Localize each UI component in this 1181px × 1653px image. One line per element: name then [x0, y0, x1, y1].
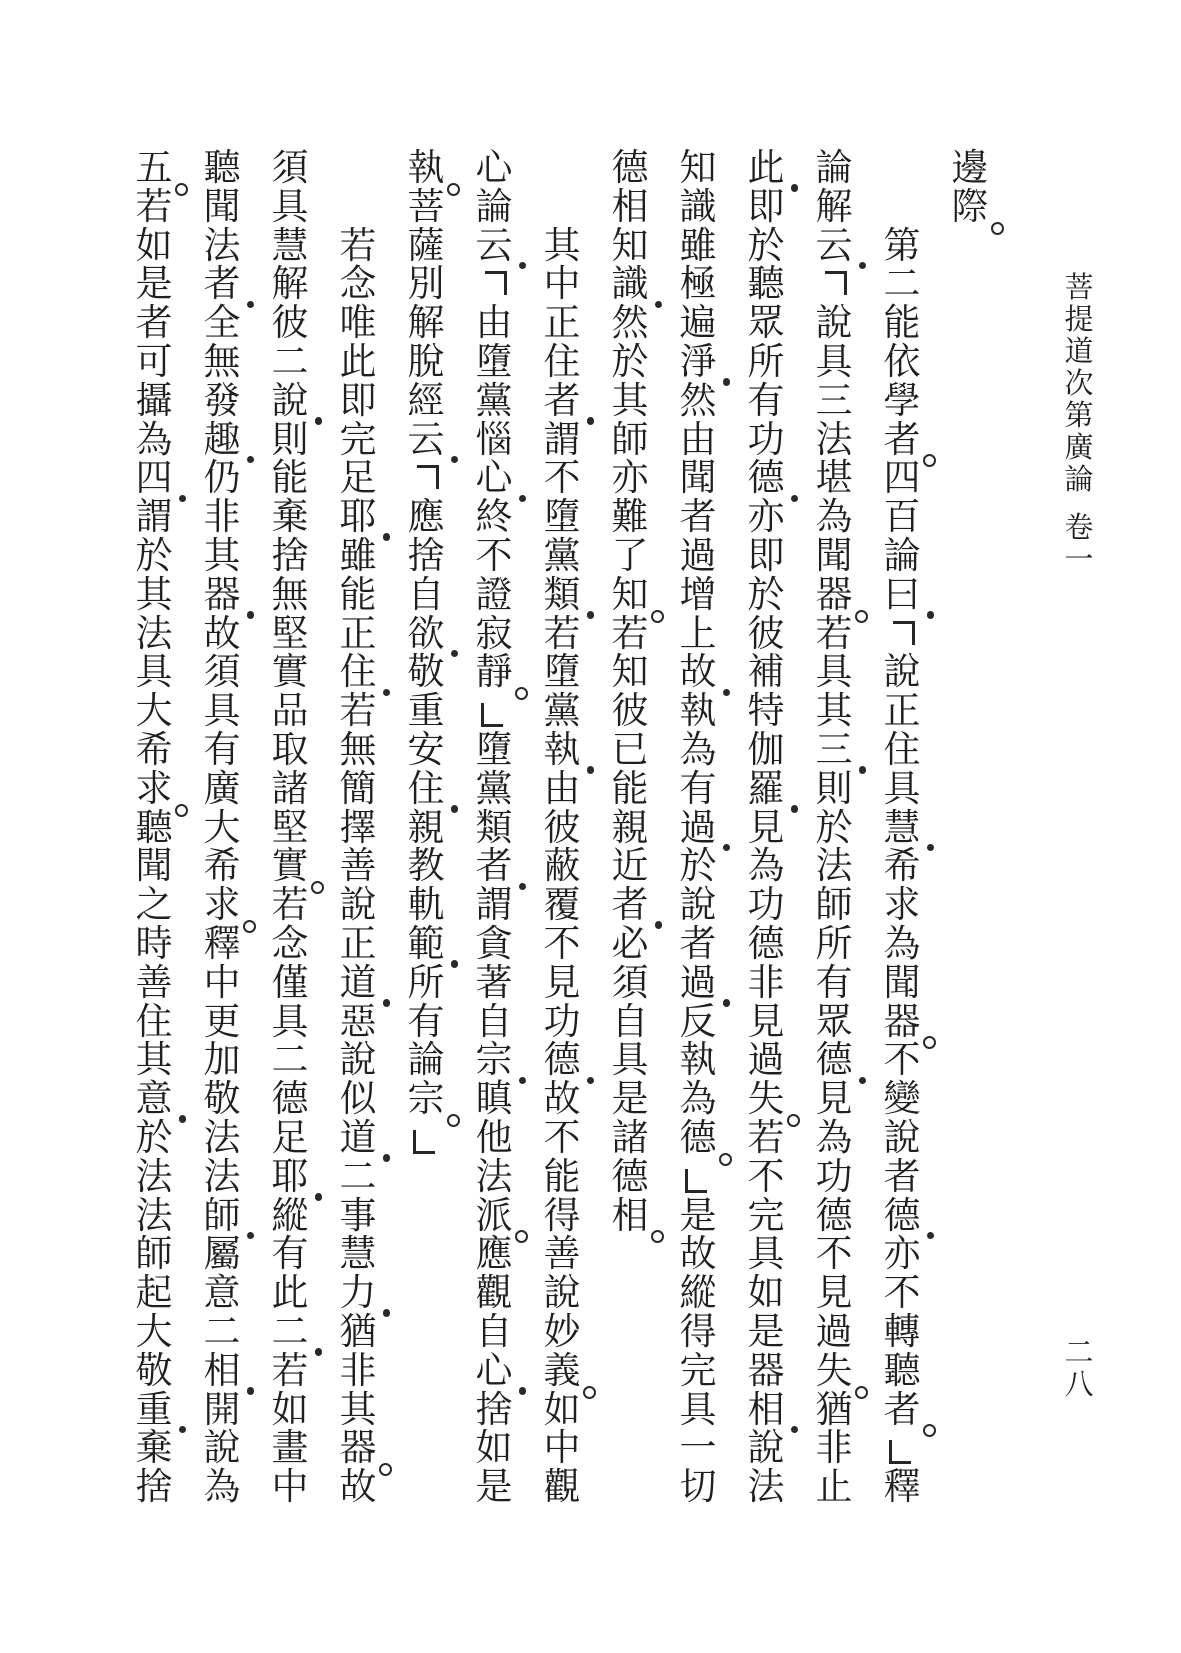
char-cell: 過 [677, 965, 719, 1004]
pause-mark [723, 844, 731, 852]
char-cell: 百 [881, 499, 923, 538]
char-cell: 者 [133, 305, 175, 344]
char-cell: 屬 [201, 1236, 243, 1275]
text-column-10: 若念唯此即完足耶雖能正住若無簡擇善說正道惡說似道二事慧力猶非其器故 [337, 150, 379, 1508]
full-stop-mark [583, 1386, 596, 1399]
char-cell: 善 [337, 848, 379, 887]
char-cell: 變 [881, 1081, 923, 1120]
char-cell: 依 [881, 344, 923, 383]
char-cell: 能 [609, 771, 651, 810]
char-cell: 上 [677, 616, 719, 655]
char-cell: 者 [473, 848, 515, 887]
char-cell: 者 [201, 266, 243, 305]
full-stop-mark [447, 183, 460, 196]
char-cell: 不 [541, 926, 583, 965]
char-cell: 師 [813, 887, 855, 926]
char-cell: 過 [813, 1314, 855, 1353]
char-cell: 即 [337, 383, 379, 422]
char-cell: 不 [473, 538, 515, 577]
char-cell: 功 [541, 1004, 583, 1043]
char-cell: 論 [881, 538, 923, 577]
text-column-1: 邊際 [949, 150, 991, 1508]
char-cell: 其 [337, 1392, 379, 1431]
indent-space [541, 189, 583, 228]
char-cell: 了 [609, 538, 651, 577]
char-cell: 解 [269, 266, 311, 305]
full-stop-mark [923, 454, 936, 467]
char-cell: 心 [473, 1353, 515, 1392]
char-cell: 其 [813, 693, 855, 732]
pause-mark [383, 999, 391, 1007]
full-stop-mark [923, 1424, 936, 1437]
char-cell: 過 [745, 1042, 787, 1081]
char-cell: 八 [1061, 1369, 1097, 1401]
full-stop-mark [447, 1114, 460, 1127]
char-cell: 第 [1061, 400, 1097, 432]
char-cell: 軌 [405, 887, 447, 926]
char-cell: 事 [337, 1198, 379, 1237]
char-cell: 卷 [1061, 512, 1097, 544]
char-cell: 加 [201, 1042, 243, 1081]
char-cell: 於 [133, 538, 175, 577]
char-cell: 亦 [745, 499, 787, 538]
char-cell: 品 [269, 693, 311, 732]
full-stop-mark [855, 1386, 868, 1399]
char-cell: 聞 [677, 460, 719, 499]
char-cell: 若 [337, 228, 379, 267]
full-stop-mark [515, 687, 528, 700]
char-cell: 者 [677, 499, 719, 538]
quote-open-bracket [881, 616, 923, 655]
char-cell: 說 [881, 654, 923, 693]
char-cell: 則 [813, 771, 855, 810]
full-stop-mark [719, 1153, 732, 1166]
char-cell: 羅 [745, 771, 787, 810]
char-cell: 住 [405, 771, 447, 810]
char-cell: 器 [745, 1353, 787, 1392]
char-cell: 聞 [201, 189, 243, 228]
char-cell: 縱 [269, 1198, 311, 1237]
pause-mark [927, 844, 935, 852]
char-cell: 法 [133, 1159, 175, 1198]
char-cell: 道 [337, 1120, 379, 1159]
book-page: 菩提道次第廣論 卷一 二八 邊際第二能依學者四百論曰說正住具慧希求為聞器不變說者… [0, 0, 1181, 1653]
char-cell: 諸 [269, 771, 311, 810]
char-cell: 邊 [949, 150, 991, 189]
char-cell: 聽 [881, 1353, 923, 1392]
char-cell: 薩 [405, 228, 447, 267]
char-cell: 識 [677, 189, 719, 228]
full-stop-mark [787, 1114, 800, 1127]
char-cell: 有 [201, 732, 243, 771]
char-cell: 相 [745, 1392, 787, 1431]
char-cell: 其 [541, 228, 583, 267]
char-cell: 難 [609, 499, 651, 538]
char-cell: 發 [201, 383, 243, 422]
char-cell: 具 [133, 654, 175, 693]
char-cell: 極 [677, 266, 719, 305]
char-cell: 重 [133, 1392, 175, 1431]
char-cell: 聽 [133, 810, 175, 849]
char-cell: 善 [133, 965, 175, 1004]
char-cell: 若 [813, 616, 855, 655]
pause-mark [791, 495, 799, 503]
char-cell: 慧 [337, 1236, 379, 1275]
char-cell: 僅 [269, 965, 311, 1004]
text-column-9: 執菩薩別解脫經云應捨自欲敬重安住親教軌範所有論宗 [405, 150, 447, 1508]
char-cell: 非 [813, 1430, 855, 1469]
char-cell: 為 [201, 1469, 243, 1508]
char-cell: 於 [133, 1120, 175, 1159]
char-cell: 說 [881, 1120, 923, 1159]
char-cell: 法 [201, 228, 243, 267]
full-stop-mark [855, 610, 868, 623]
char-cell: 說 [269, 383, 311, 422]
char-cell: 希 [133, 732, 175, 771]
char-cell: 故 [677, 1236, 719, 1275]
char-cell: 捨 [405, 538, 447, 577]
pause-mark [179, 495, 187, 503]
char-cell: 敬 [201, 1081, 243, 1120]
char-cell: 捨 [133, 1469, 175, 1508]
char-cell: 念 [269, 926, 311, 965]
char-cell: 亦 [881, 1236, 923, 1275]
char-cell: 如 [269, 1392, 311, 1431]
char-cell: 為 [745, 848, 787, 887]
page-number: 二八 [1061, 1337, 1097, 1401]
full-stop-mark [923, 1036, 936, 1049]
char-cell: 能 [541, 1159, 583, 1198]
char-cell: 二 [269, 1314, 311, 1353]
char-cell: 義 [541, 1353, 583, 1392]
char-cell: 應 [405, 499, 447, 538]
char-cell: 棄 [269, 499, 311, 538]
char-cell: 慧 [269, 228, 311, 267]
text-column-2: 第二能依學者四百論曰說正住具慧希求為聞器不變說者德亦不轉聽者釋 [881, 150, 923, 1508]
char-cell: 廣 [1061, 432, 1097, 464]
char-cell: 黨 [541, 693, 583, 732]
quote-open-bracket [405, 460, 447, 499]
char-cell: 由 [541, 771, 583, 810]
char-cell: 範 [405, 926, 447, 965]
pause-mark [315, 1193, 323, 1201]
char-cell: 完 [337, 422, 379, 461]
char-cell: 惡 [337, 1004, 379, 1043]
char-cell: 中 [201, 965, 243, 1004]
char-cell: 畫 [269, 1430, 311, 1469]
char-cell: 然 [677, 383, 719, 422]
char-cell: 一 [1061, 544, 1097, 576]
char-cell: 曰 [881, 577, 923, 616]
char-cell: 然 [609, 305, 651, 344]
char-cell: 意 [133, 1081, 175, 1120]
char-cell: 止 [813, 1469, 855, 1508]
pause-mark [247, 611, 255, 619]
char-cell: 具 [677, 1392, 719, 1431]
char-cell: 堅 [269, 810, 311, 849]
char-cell: 猶 [813, 1392, 855, 1431]
char-cell: 有 [405, 1004, 447, 1043]
char-cell: 所 [405, 965, 447, 1004]
indent-space [337, 189, 379, 228]
pause-mark [383, 533, 391, 541]
char-cell: 三 [813, 383, 855, 422]
char-cell: 捨 [269, 538, 311, 577]
char-cell: 趣 [201, 422, 243, 461]
pause-mark [451, 650, 459, 658]
char-cell: 捨 [473, 1392, 515, 1431]
pause-mark [859, 262, 867, 270]
char-cell: 實 [269, 654, 311, 693]
char-cell: 知 [609, 577, 651, 616]
char-cell: 若 [745, 1120, 787, 1159]
char-cell: 不 [541, 460, 583, 499]
char-cell: 切 [677, 1469, 719, 1508]
pause-mark [247, 1387, 255, 1395]
char-cell: 云 [405, 422, 447, 461]
char-cell: 此 [745, 150, 787, 189]
full-stop-mark [991, 222, 1004, 235]
char-cell: 德 [541, 1042, 583, 1081]
char-cell: 者 [881, 1159, 923, 1198]
char-cell: 說 [677, 887, 719, 926]
char-cell: 棄 [133, 1430, 175, 1469]
quote-open-bracket [813, 266, 855, 305]
char-cell: 希 [201, 848, 243, 887]
char-cell: 若 [541, 616, 583, 655]
char-cell: 類 [541, 577, 583, 616]
char-cell: 故 [677, 654, 719, 693]
char-cell: 學 [881, 383, 923, 422]
char-cell: 終 [473, 499, 515, 538]
char-cell: 淨 [677, 344, 719, 383]
char-cell: 不 [881, 1275, 923, 1314]
text-column-7: 其中正住者謂不墮黨類若墮黨執由彼蔽覆不見功德故不能得善說妙義如中觀 [541, 150, 583, 1508]
char-cell: 若 [609, 616, 651, 655]
char-cell: 求 [133, 771, 175, 810]
char-cell: 觀 [473, 1275, 515, 1314]
char-cell: 似 [337, 1081, 379, 1120]
char-cell: 求 [881, 887, 923, 926]
full-stop-mark [175, 804, 188, 817]
char-cell: 黨 [473, 771, 515, 810]
char-cell: 器 [881, 1004, 923, 1043]
char-cell: 非 [745, 965, 787, 1004]
char-cell: 其 [133, 1042, 175, 1081]
char-cell: 敬 [133, 1353, 175, 1392]
char-cell: 德 [609, 150, 651, 189]
char-cell: 須 [609, 965, 651, 1004]
char-cell: 若 [269, 1353, 311, 1392]
char-cell: 已 [609, 732, 651, 771]
char-cell: 正 [541, 305, 583, 344]
char-cell: 希 [881, 848, 923, 887]
pause-mark [519, 495, 527, 503]
char-cell: 菩 [1061, 272, 1097, 304]
char-cell: 故 [201, 616, 243, 655]
pause-mark [655, 301, 663, 309]
char-cell: 二 [1061, 1337, 1097, 1369]
pause-mark [247, 456, 255, 464]
char-cell: 過 [677, 810, 719, 849]
char-cell: 起 [133, 1275, 175, 1314]
char-cell: 德 [269, 1081, 311, 1120]
char-cell: 黨 [473, 383, 515, 422]
char-cell: 器 [201, 577, 243, 616]
quote-close-bracket [677, 1159, 719, 1198]
char-cell: 廣 [201, 771, 243, 810]
char-cell: 為 [677, 732, 719, 771]
char-cell: 中 [541, 1430, 583, 1469]
char-cell: 墮 [541, 654, 583, 693]
char-cell: 反 [677, 1004, 719, 1043]
char-cell: 能 [337, 577, 379, 616]
char-cell: 宗 [405, 1081, 447, 1120]
char-cell: 其 [609, 383, 651, 422]
char-cell: 道 [337, 965, 379, 1004]
char-cell: 非 [201, 499, 243, 538]
char-cell: 無 [337, 732, 379, 771]
char-cell: 具 [201, 693, 243, 732]
char-cell: 論 [405, 1042, 447, 1081]
char-cell: 敬 [405, 654, 447, 693]
char-cell: 於 [745, 228, 787, 267]
char-cell: 墮 [473, 732, 515, 771]
char-cell: 聞 [813, 538, 855, 577]
char-cell: 德 [609, 1159, 651, 1198]
char-cell: 正 [337, 616, 379, 655]
char-cell: 轉 [881, 1314, 923, 1353]
char-cell: 是 [745, 1314, 787, 1353]
text-column-13: 五若如是者可攝為四謂於其法具大希求聽聞之時善住其意於法法師起大敬重棄捨 [133, 150, 175, 1508]
char-cell: 法 [133, 616, 175, 655]
char-cell: 可 [133, 344, 175, 383]
char-cell: 為 [677, 1081, 719, 1120]
indent-space [337, 150, 379, 189]
char-cell: 四 [881, 460, 923, 499]
char-cell: 故 [541, 1081, 583, 1120]
char-cell: 三 [813, 732, 855, 771]
char-cell: 堪 [813, 460, 855, 499]
char-cell: 為 [881, 926, 923, 965]
char-cell: 諸 [609, 1120, 651, 1159]
char-cell: 謂 [473, 887, 515, 926]
char-cell: 彼 [541, 810, 583, 849]
body-text: 邊際第二能依學者四百論曰說正住具慧希求為聞器不變說者德亦不轉聽者釋論解云說具三法… [107, 150, 991, 1508]
char-cell: 彼 [609, 693, 651, 732]
char-cell: 為 [813, 499, 855, 538]
full-stop-mark [175, 183, 188, 196]
char-cell: 擇 [337, 810, 379, 849]
char-cell: 如 [473, 1430, 515, 1469]
char-cell: 中 [269, 1469, 311, 1508]
pause-mark [791, 805, 799, 813]
char-cell: 是 [133, 266, 175, 305]
char-cell: 能 [269, 460, 311, 499]
char-cell: 論 [473, 189, 515, 228]
char-cell: 猶 [337, 1314, 379, 1353]
char-cell: 知 [609, 654, 651, 693]
char-cell: 耶 [269, 1159, 311, 1198]
char-cell: 心 [473, 460, 515, 499]
char-cell: 具 [881, 771, 923, 810]
char-cell: 云 [813, 228, 855, 267]
full-stop-mark [515, 1230, 528, 1243]
char-cell: 見 [745, 1004, 787, 1043]
char-cell: 具 [813, 344, 855, 383]
char-cell: 說 [541, 1275, 583, 1314]
pause-mark [383, 689, 391, 697]
char-cell: 具 [269, 189, 311, 228]
quote-open-bracket [473, 266, 515, 305]
char-cell: 見 [813, 1275, 855, 1314]
char-cell: 師 [609, 422, 651, 461]
char-cell: 道 [1061, 336, 1097, 368]
char-cell: 瞋 [473, 1081, 515, 1120]
char-cell: 如 [133, 228, 175, 267]
pause-mark [587, 766, 595, 774]
char-cell: 意 [201, 1275, 243, 1314]
char-cell: 法 [133, 1198, 175, 1237]
pause-mark [247, 301, 255, 309]
char-cell: 覆 [541, 887, 583, 926]
char-cell: 此 [269, 1275, 311, 1314]
char-cell: 知 [677, 150, 719, 189]
char-cell: 正 [337, 926, 379, 965]
char-cell: 為 [133, 422, 175, 461]
char-cell: 須 [269, 150, 311, 189]
char-cell: 證 [473, 577, 515, 616]
char-cell: 謂 [133, 499, 175, 538]
char-cell: 知 [609, 228, 651, 267]
pause-mark [587, 417, 595, 425]
pause-mark [383, 1154, 391, 1162]
text-column-8: 心論云由墮黨惱心終不證寂靜墮黨類者謂貪著自宗瞋他法派應觀自心捨如是 [473, 150, 515, 1508]
char-cell: 中 [541, 266, 583, 305]
char-cell: 師 [133, 1236, 175, 1275]
char-cell: 釋 [881, 1469, 923, 1508]
pause-mark [451, 960, 459, 968]
char-cell: 靜 [473, 654, 515, 693]
char-cell: 補 [745, 654, 787, 693]
char-cell: 住 [337, 654, 379, 693]
char-cell: 於 [677, 848, 719, 887]
char-cell: 於 [609, 344, 651, 383]
char-cell: 他 [473, 1120, 515, 1159]
char-cell: 慧 [881, 810, 923, 849]
char-cell: 一 [677, 1430, 719, 1469]
char-cell: 具 [813, 654, 855, 693]
char-cell: 聞 [881, 965, 923, 1004]
char-cell: 故 [337, 1469, 379, 1508]
full-stop-mark [243, 920, 256, 933]
char-cell: 仍 [201, 460, 243, 499]
char-cell: 攝 [133, 383, 175, 422]
char-cell: 自 [609, 1004, 651, 1043]
char-cell: 自 [405, 577, 447, 616]
char-cell: 正 [881, 693, 923, 732]
pause-mark [723, 999, 731, 1007]
char-cell: 住 [133, 1004, 175, 1043]
char-cell: 有 [813, 965, 855, 1004]
char-cell: 近 [609, 848, 651, 887]
char-cell: 全 [201, 305, 243, 344]
char-cell: 取 [269, 732, 311, 771]
char-cell: 執 [541, 732, 583, 771]
full-stop-mark [651, 1230, 664, 1243]
char-cell: 執 [677, 693, 719, 732]
char-cell: 耶 [337, 499, 379, 538]
